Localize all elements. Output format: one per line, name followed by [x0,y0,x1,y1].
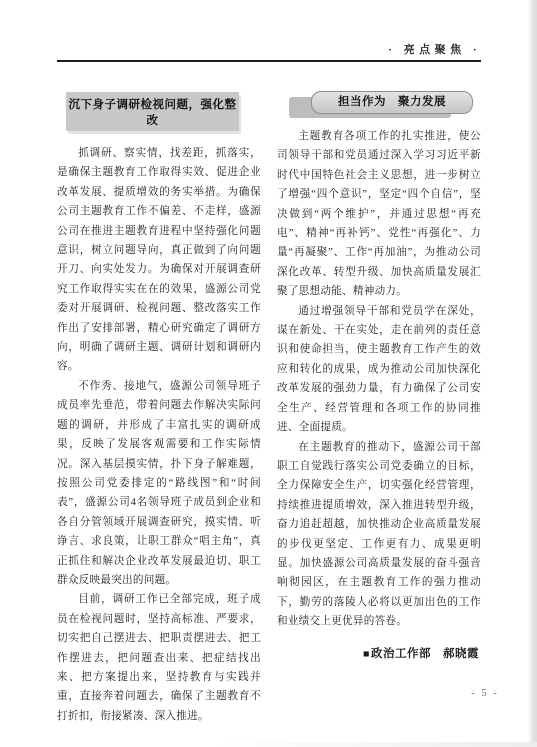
byline: ■政治工作部 郝晓霞 [277,645,481,661]
document-page: · 亮点聚焦 · 沉下身子调研检视问题，强化整改 抓调研、察实情，找差距，抓落实… [0,0,537,747]
right-section-heading-label: 担当作为 聚力发展 [311,91,473,114]
byline-text: 政治工作部 郝晓霞 [371,648,479,660]
paragraph: 抓调研、察实情，找差距，抓落实，是确保主题教育工作取得实效、促进企业改革发展、提… [57,144,261,377]
square-bullet-icon: ■ [363,649,370,660]
page-header-label: · 亮点聚焦 · [388,41,481,57]
two-column-layout: 沉下身子调研检视问题，强化整改 抓调研、察实情，找差距，抓落实，是确保主题教育工… [57,90,481,726]
paragraph: 主题教育各项工作的扎实推进，使公司领导干部和党员通过深入学习习近平新时代中国特色… [277,127,481,302]
paragraph: 不作秀、接地气，盛源公司领导班子成员率先垂范，带着问题去作解决实际问题的调研，并… [57,377,261,590]
page-edge-shadow-bottom [0,742,537,747]
paragraph: 目前，调研工作已全部完成，班子成员在检视问题时，坚持高标准、严要求，切实把自己摆… [57,590,261,726]
left-section-heading: 沉下身子调研检视问题，强化整改 [66,92,239,131]
right-section-heading: 担当作为 聚力发展 [311,91,473,112]
page-edge-shadow-right [528,0,537,747]
right-column: 担当作为 聚力发展 主题教育各项工作的扎实推进，使公司领导干部和党员通过深入学习… [277,90,481,726]
header-rule [57,60,481,62]
paragraph: 通过增强领导干部和党员学在深处，谋在新处、干在实处，走在前列的责任意识和使命担当… [277,302,481,438]
left-column: 沉下身子调研检视问题，强化整改 抓调研、察实情，找差距，抓落实，是确保主题教育工… [57,90,261,726]
page-number: - 5 - [463,688,507,699]
paragraph: 在主题教育的推动下，盛源公司干部职工自觉践行落实公司党委确立的目标，全力保障安全… [277,438,481,632]
